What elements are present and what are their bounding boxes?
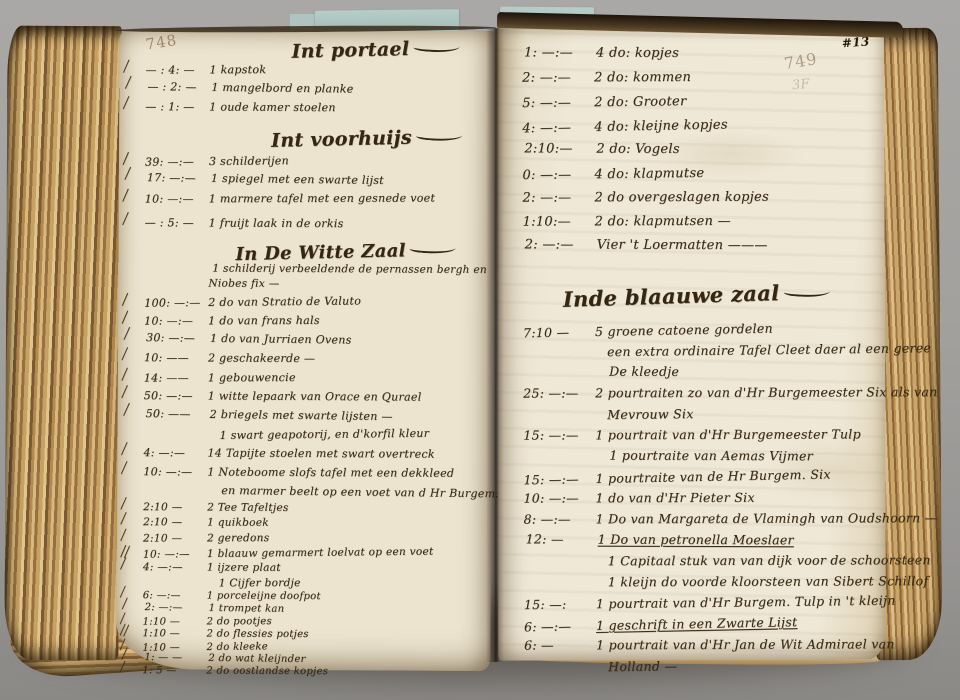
amount: 0: —:— — [522, 163, 594, 188]
ledger-line: ∕1:10 —2 do pootjes — [119, 615, 487, 629]
ledger-line: 6: —1 pourtrait van d'Hr Jan de Wit Admi… — [524, 633, 880, 655]
item-text: 1 marmere tafel met een gesnede voet — [209, 192, 435, 206]
margin-tick: ∕ — [121, 88, 151, 121]
item-text: 2 do pootjes — [207, 616, 272, 627]
ledger-line: 15: —:—1 pourtrait van d'Hr Burgemeester… — [523, 423, 879, 445]
ledger-line: 12: —1 Do van petronella Moeslaer — [526, 528, 882, 550]
amount — [535, 419, 607, 420]
item-text: 2 geredons — [207, 532, 269, 544]
item-text: 1 kapstok — [209, 63, 266, 76]
amount — [156, 439, 220, 440]
amount: 6: —:— — [524, 615, 596, 637]
ledger-line-continuation: een extra ordinaire Tafel Cleet daer al … — [535, 338, 879, 363]
item-text: Mevrouw Six — [607, 406, 694, 422]
item-text: De kleedje — [609, 364, 679, 379]
ledger-line: ∕100: —:—2 do van Stratio de Valuto — [120, 290, 488, 313]
item-text: 2 do oostlandse kopjes — [206, 665, 328, 677]
item-text: 1 spiegel met een swarte lijst — [211, 172, 384, 187]
item-text: 1 quikboek — [207, 516, 269, 528]
item-text: 1 Noteboome slofs tafel met een dekkleed — [207, 465, 454, 479]
ledger-line-continuation: 1 Cijfer bordje — [131, 575, 487, 591]
left-fore-edge — [4, 26, 121, 661]
ledger-line: 2:10:—2 do: Vogels — [524, 137, 880, 162]
amount — [535, 356, 607, 357]
ledger-line: ∕14: ——1 gebouwencie — [120, 367, 488, 387]
ledger-line: ∕— : 5: —1 fruijt laak in de orkis — [121, 213, 489, 234]
item-text: 2 Tee Tafeltjes — [207, 501, 289, 513]
amount: — : 1: — — [145, 97, 209, 116]
item-text: 2 do: klapmutsen — — [595, 214, 731, 229]
amount: 1:10:— — [523, 210, 595, 234]
item-text: 3 schilderijen — [209, 154, 289, 168]
item-text: 1 pourtrait van d'Hr Jan de Wit Admirael… — [596, 636, 895, 652]
amount: 2:10 — — [143, 531, 207, 546]
amount: 2: —:— — [522, 66, 594, 90]
left-page-content: 748 Int portael ∕— : 4: —1 kapstok ∕— : … — [116, 29, 493, 671]
amount: 2: —:— — [525, 233, 597, 257]
item-text: 1 porceleijne doofpot — [207, 590, 321, 602]
section-heading-witte-zaal: In De Witte Zaal — [235, 238, 488, 265]
right-page: 749 #13 3F 1: —:—4 do: kopjes 2: —:—2 do… — [496, 27, 886, 660]
amount: 1: 5 — — [142, 665, 206, 678]
ledger-line: 8: —:—1 Do van Margareta de Vlamingh van… — [524, 507, 880, 529]
ledger-line: ∕10: —:—1 marmere tafel met een gesnede … — [121, 188, 489, 208]
item-text: 1 pourtrait van d'Hr Burgemeester Tulp — [595, 426, 861, 442]
page-number-left: 748 — [144, 31, 178, 54]
amount: 2:10:— — [524, 137, 596, 161]
item-text: 2 do van Stratio de Valuto — [208, 294, 361, 309]
ledger-line-continuation: 1 kleijn do voorde kloorsteen van Sibert… — [536, 570, 880, 592]
amount: 100: —:— — [144, 293, 208, 313]
section-heading-voorhuijs: Int voorhuijs — [271, 125, 489, 152]
item-text: een extra ordinaire Tafel Cleet daer al … — [607, 340, 931, 359]
amount: 15: —:— — [523, 468, 595, 490]
item-text: en marmer beelt op een voet van d Hr Bur… — [221, 484, 516, 501]
amount: 6: —:— — [143, 590, 207, 603]
amount: 10: —— — [144, 348, 208, 367]
item-text: 1 pourtraite van Aemas Vijmer — [609, 448, 813, 464]
amount: 50: —:— — [144, 386, 208, 405]
item-text: 2 geschakeerde — — [208, 351, 315, 365]
section-heading-blaauwe-zaal: Inde blaauwe zaal — [563, 277, 880, 312]
item-text: 1 blaauw gemarmert loelvat op een voet — [207, 546, 434, 560]
margin-tick: ∕ — [121, 204, 151, 237]
item-text: 2 do: Grooter — [594, 94, 687, 110]
item-text: 1 mangelbord en planke — [211, 81, 353, 96]
item-text: 1 gebouwencie — [208, 371, 296, 384]
amount: 15: —: — [524, 593, 596, 615]
amount: 15: —:— — [523, 424, 595, 445]
item-text: 1 witte lepaark van Orace en Qurael — [208, 389, 422, 403]
left-page: 748 Int portael ∕— : 4: —1 kapstok ∕— : … — [116, 29, 493, 671]
ledger-line: 1: —:—4 do: kopjes — [524, 41, 880, 66]
item-text: 1 do van Jurriaen Ovens — [210, 332, 352, 347]
amount: 10: —:— — [143, 462, 207, 481]
ledger-line: ∕∕10: —:—1 blaauw gemarmert loelvat op e… — [119, 544, 487, 563]
item-text: 14 Tapijte stoelen met swart overtreck — [207, 446, 434, 460]
ledger-line: 25: —:—2 pourtraiten zo van d'Hr Burgeme… — [523, 381, 879, 403]
item-text: 4 do: kleijne kopjes — [594, 117, 728, 135]
ledger-line: ∕10: ——2 geschakeerde — — [120, 348, 488, 369]
amount: 1: — — — [144, 652, 208, 665]
amount: 1: —:— — [524, 41, 596, 65]
amount: — : 2: — — [147, 77, 211, 97]
item-text: 2 do kleeke — [206, 641, 268, 653]
manuscript-photo: 748 Int portael ∕— : 4: —1 kapstok ∕— : … — [0, 0, 960, 700]
amount: 10: —:— — [524, 487, 596, 508]
item-text: 2 do: Vogels — [596, 142, 680, 157]
item-text: 2 do: kommen — [594, 70, 691, 85]
ledger-line: ∕4: —:—1 ijzere plaat — [119, 560, 487, 577]
item-text: 1 Capitaal stuk van van dijk voor de sch… — [608, 552, 931, 568]
item-text: Vier 't Loermatten ——— — [597, 238, 768, 254]
item-text: Holland — — [608, 658, 677, 674]
margin-tick: ∕ — [118, 659, 145, 682]
item-text: 1 swart geapotorij, en d'korfil kleur — [219, 427, 429, 442]
amount: 6: — — [524, 634, 596, 655]
item-text: 1 ijzere plaat — [207, 561, 281, 573]
amount: 2: —:— — [145, 602, 209, 615]
item-text: 1 pourtrait van d'Hr Burgem. Tulp in 't … — [596, 593, 896, 612]
amount — [157, 493, 221, 494]
amount: 25: —:— — [523, 382, 595, 403]
amount: 50: —— — [146, 404, 210, 424]
ledger-line: 2: —:—Vier 't Loermatten ——— — [525, 233, 881, 258]
amount: — : 5: — — [145, 213, 209, 232]
amount: 2:10 — — [143, 500, 207, 515]
item-text: 1 trompet kan — [209, 602, 285, 614]
item-text: 2 pourtraiten zo van d'Hr Burgemeester S… — [595, 384, 937, 400]
amount: 10: —:— — [143, 547, 207, 563]
item-text: 1 geschrift in een Zwarte Lijst — [596, 614, 798, 633]
item-text: 2 do overgeslagen kopjes — [594, 190, 769, 206]
item-text: 1 do van d'Hr Pieter Six — [596, 490, 755, 506]
item-text: 1 pourtraite van de Hr Burgem. Six — [595, 466, 831, 486]
ledger-line-continuation: Holland — — [536, 653, 880, 678]
amount: 14: —— — [144, 368, 208, 387]
amount: 1:10 — — [143, 616, 207, 629]
ledger-line: ∕2:10 —1 quikboek — [119, 515, 487, 532]
ledger-line: 0: —:—4 do: klapmutse — [522, 160, 878, 188]
ledger-line-continuation: 1 Capitaal stuk van van dijk voor de sch… — [536, 549, 880, 571]
ledger-line-continuation: De kleedje — [537, 360, 881, 382]
item-text: 4 do: kopjes — [596, 46, 679, 61]
amount: 4: —:— — [143, 443, 207, 462]
amount: 2: —:— — [522, 186, 594, 210]
amount: 17: —:— — [147, 168, 211, 188]
ledger-line: ∕4: —:—14 Tapijte stoelen met swart over… — [119, 443, 487, 464]
amount: 7:10 — — [523, 321, 595, 343]
ledger-line: ∕— : 1: —1 oude kamer stoelen — [121, 97, 489, 118]
item-text: 4 do: klapmutse — [594, 166, 704, 182]
right-page-content: 749 #13 3F 1: —:—4 do: kopjes 2: —:—2 do… — [496, 27, 886, 660]
ledger-line-continuation: 1 swart geapotorij, en d'korfil kleur — [131, 423, 487, 446]
ledger-line: 1:10:—2 do: klapmutsen — — [523, 209, 879, 234]
amount: 2:10 — — [143, 515, 207, 530]
ledger-line-continuation: Mevrouw Six — [535, 401, 879, 426]
item-text: 1 kleijn do voorde kloorsteen van Sibert… — [608, 573, 929, 589]
amount: 1:10 — — [142, 628, 206, 641]
amount: 12: — — [526, 528, 598, 549]
amount: 8: —:— — [524, 508, 596, 529]
amount: 5: —:— — [522, 91, 594, 116]
item-text: 2 briegels met swarte lijsten — — [210, 408, 393, 423]
amount: 30: —:— — [146, 328, 210, 348]
ledger-line: 2: —:—2 do: kommen — [522, 65, 878, 90]
amount — [536, 671, 608, 672]
item-text: 1 Do van Margareta de Vlamingh van Oudsh… — [596, 510, 938, 526]
item-text: 2 do flessies potjes — [206, 628, 308, 640]
item-text: 1 fruijt laak in de orkis — [209, 216, 344, 230]
item-text: 1 oude kamer stoelen — [209, 100, 336, 114]
item-text: 1 do van frans hals — [208, 314, 320, 327]
item-text: 1 Cijfer bordje — [219, 577, 301, 589]
ledger-line: 10: —:—1 do van d'Hr Pieter Six — [524, 486, 880, 508]
item-text: 1 Do van petronella Moeslaer — [598, 532, 794, 548]
amount: 10: —:— — [145, 189, 209, 208]
item-text: 2 do wat kleijnder — [208, 652, 305, 664]
item-text: 5 groene catoene gordelen — [595, 321, 773, 339]
ledger-line: 2: —:—2 do overgeslagen kopjes — [522, 185, 878, 210]
